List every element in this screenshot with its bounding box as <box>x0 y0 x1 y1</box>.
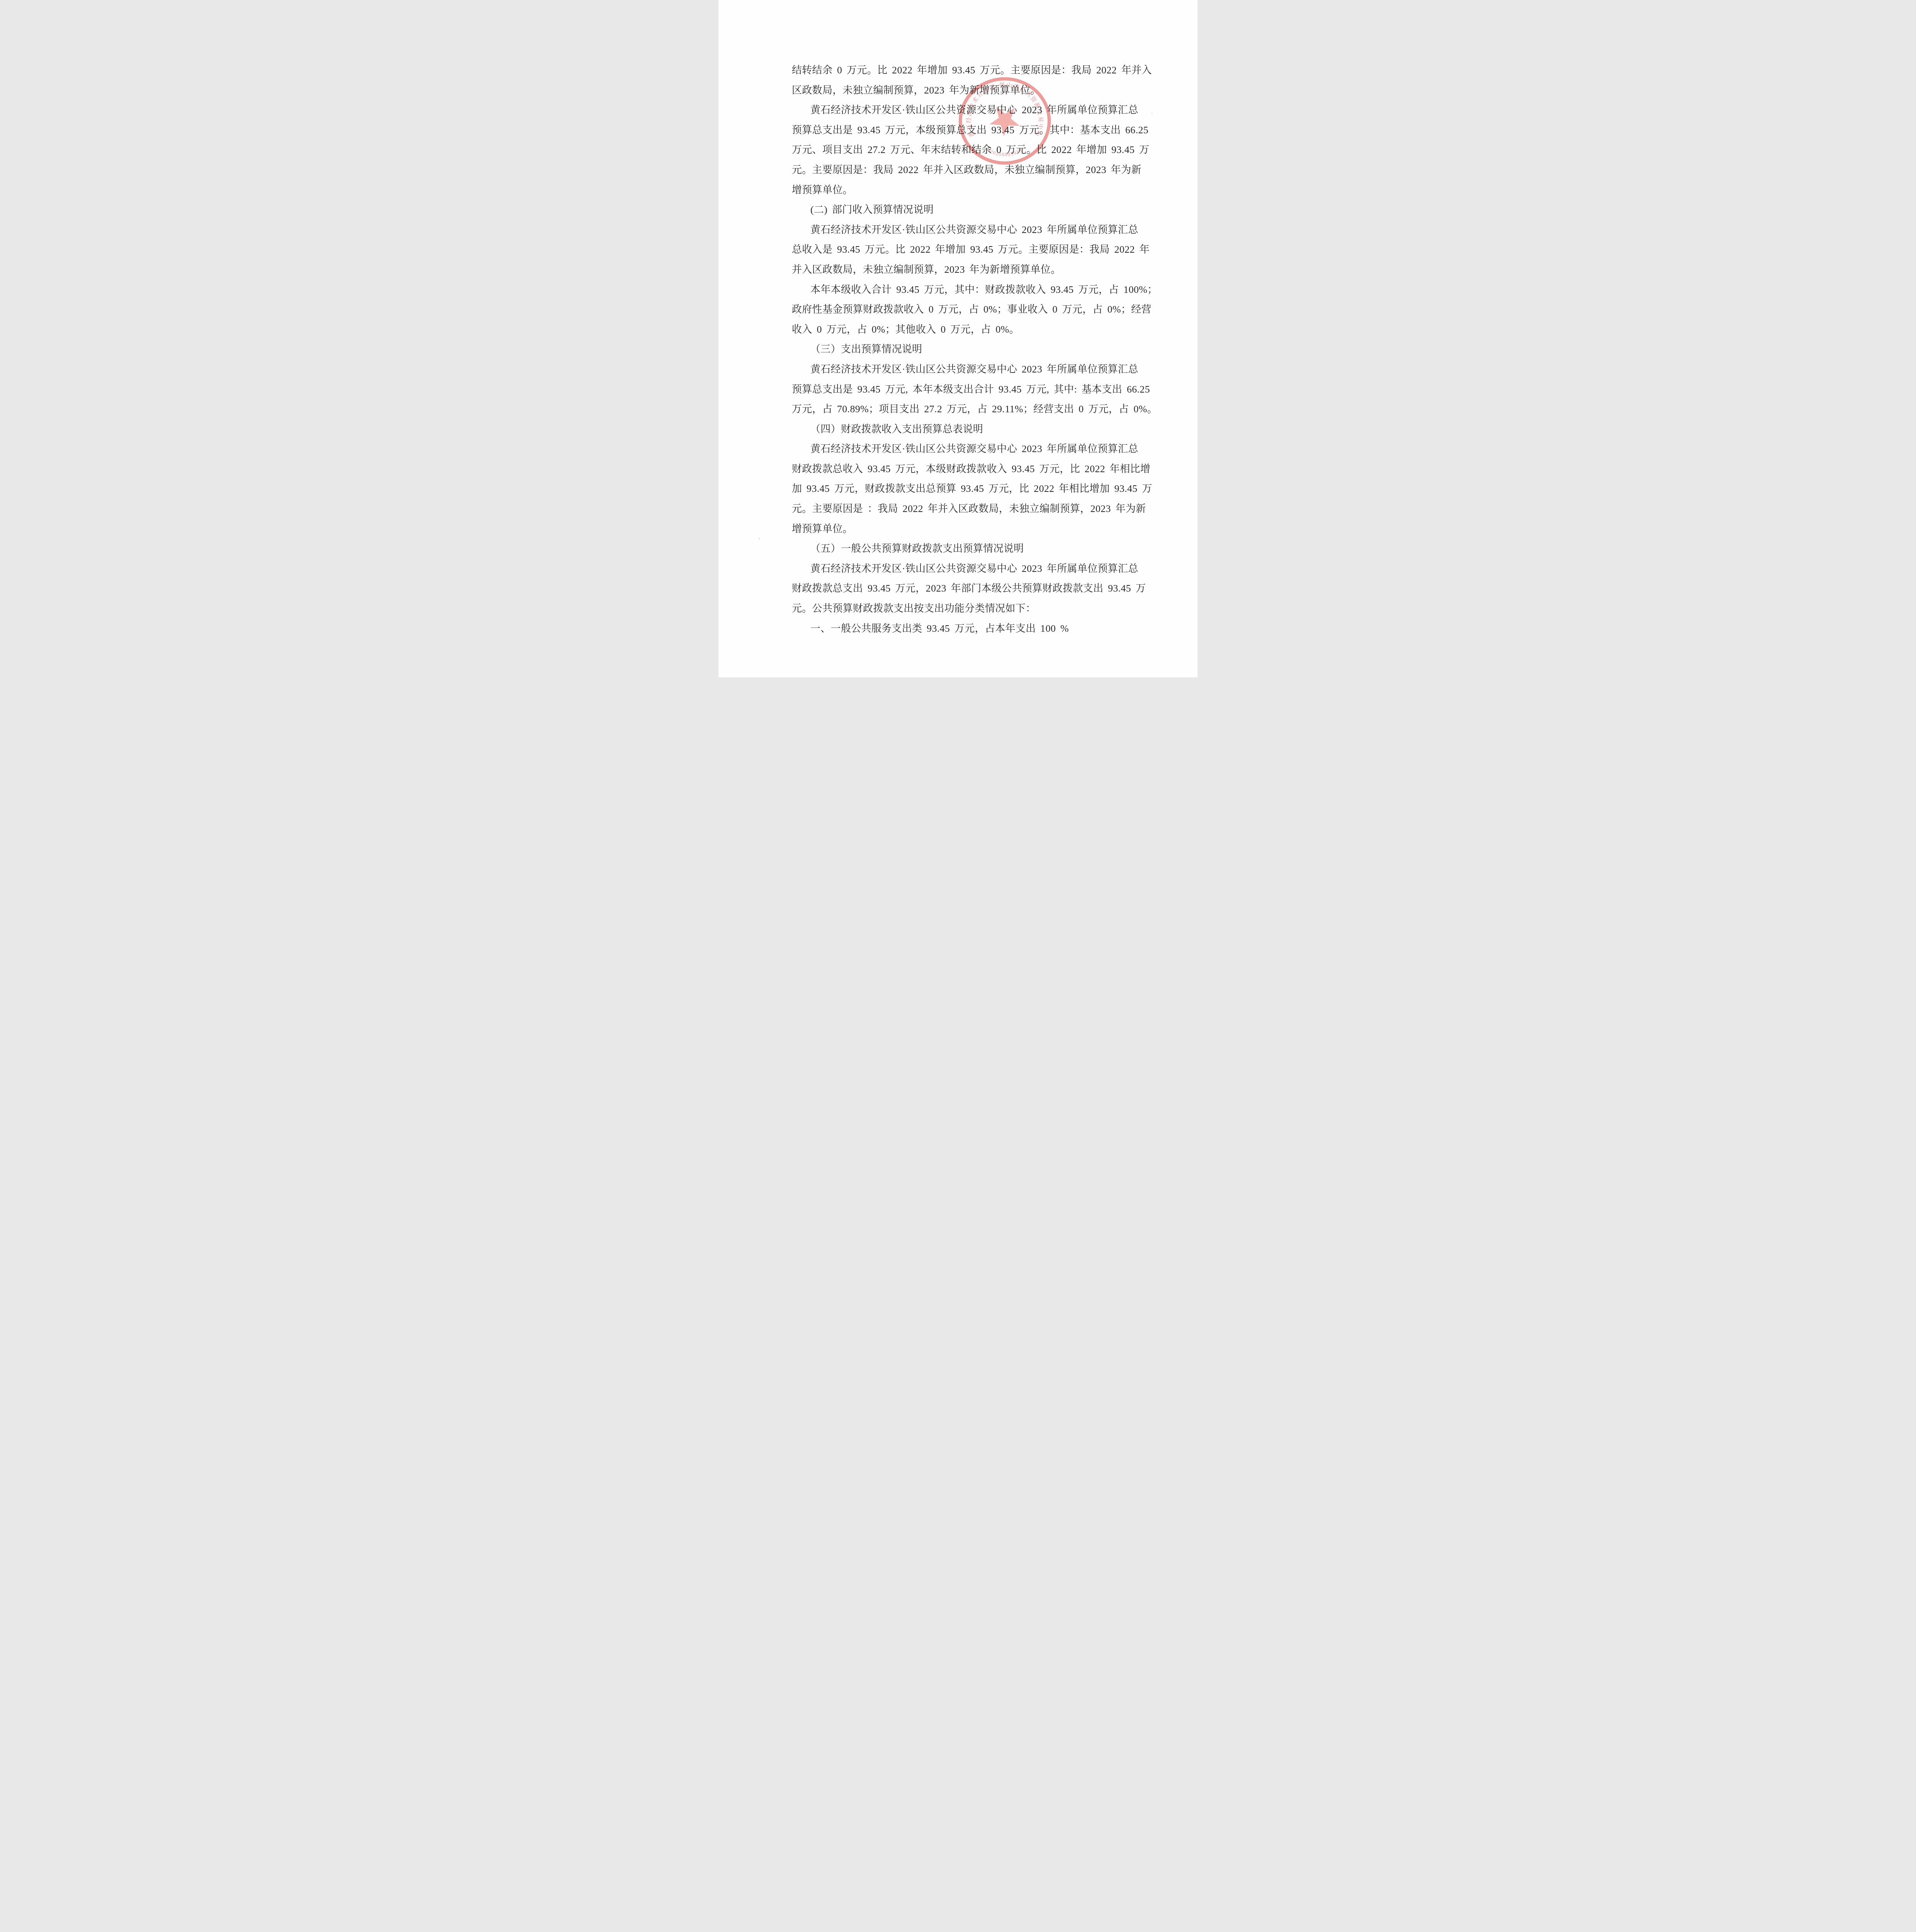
text-line: 收入 0 万元，占 0%；其他收入 0 万元，占 0%。 <box>792 320 1151 340</box>
text-line: 元。公共预算财政拨款支出按支出功能分类情况如下： <box>792 599 1151 619</box>
text-line: 财政拨款总支出 93.45 万元，2023 年部门本级公共预算财政拨款支出 93… <box>792 578 1151 599</box>
text-line: 黄石经济技术开发区·铁山区公共资源交易中心 2023 年所属单位预算汇总 <box>792 439 1151 459</box>
text-line: 增预算单位。 <box>792 519 1151 539</box>
text-line: 财政拨款总收入 93.45 万元，本级财政拨款收入 93.45 万元，比 202… <box>792 459 1151 479</box>
text-line: （三）支出预算情况说明 <box>792 339 1151 359</box>
text-line: 加 93.45 万元，财政拨款支出总预算 93.45 万元，比 2022 年相比… <box>792 479 1151 499</box>
scan-speck <box>759 538 760 539</box>
text-line: 本年本级收入合计 93.45 万元，其中：财政拨款收入 93.45 万元，占 1… <box>792 280 1151 300</box>
text-line: （五）一般公共预算财政拨款支出预算情况说明 <box>792 539 1151 559</box>
text-line: (二) 部门收入预算情况说明 <box>792 200 1151 220</box>
text-line: 元。主要原因是 ：我局 2022 年并入区政数局，未独立编制预算，2023 年为… <box>792 499 1151 519</box>
text-line: 黄石经济技术开发区·铁山区公共资源交易中心 2023 年所属单位预算汇总 <box>792 220 1151 240</box>
seal-serial-number: 420206001913 <box>986 147 1023 157</box>
text-line: （四）财政拨款收入支出预算总表说明 <box>792 419 1151 439</box>
text-line: 一、一般公共服务支出类 93.45 万元，占本年支出 100 % <box>792 619 1151 639</box>
scan-speck <box>798 315 800 317</box>
text-line: 黄石经济技术开发区·铁山区公共资源交易中心 2023 年所属单位预算汇总 <box>792 559 1151 579</box>
text-line: 万元，占 70.89%；项目支出 27.2 万元，占 29.11%；经营支出 0… <box>792 399 1151 419</box>
scan-speck <box>1151 113 1153 114</box>
official-seal-stamp: 黄石经济技术开发区·铁山区公共资源交易中心 420206001913 <box>955 71 1055 171</box>
text-line: 总收入是 93.45 万元。比 2022 年增加 93.45 万元。主要原因是：… <box>792 240 1151 260</box>
text-line: 增预算单位。 <box>792 180 1151 200</box>
text-line: 黄石经济技术开发区·铁山区公共资源交易中心 2023 年所属单位预算汇总 <box>792 359 1151 379</box>
star-icon <box>989 107 1021 137</box>
scanned-document-page: 结转结余 0 万元。比 2022 年增加 93.45 万元。主要原因是：我局 2… <box>718 0 1198 677</box>
text-line: 并入区政数局，未独立编制预算，2023 年为新增预算单位。 <box>792 260 1151 280</box>
text-line: 政府性基金预算财政拨款收入 0 万元，占 0%；事业收入 0 万元，占 0%；经… <box>792 299 1151 320</box>
text-line: 预算总支出是 93.45 万元, 本年本级支出合计 93.45 万元, 其中: … <box>792 379 1151 400</box>
